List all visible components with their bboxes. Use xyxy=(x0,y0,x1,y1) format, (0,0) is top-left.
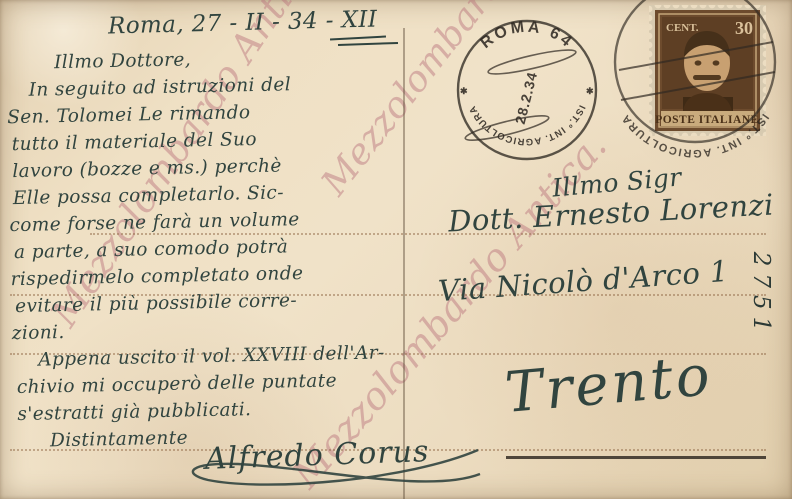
message-body: Illmo Dottore, In seguito ad istruzioni … xyxy=(6,42,412,455)
signature-flourish xyxy=(178,440,498,499)
address-city: Trento xyxy=(503,343,715,426)
address-underline xyxy=(506,456,766,459)
svg-text:IST.º INT. AGRICOLTURA: IST.º INT. AGRICOLTURA xyxy=(619,111,771,159)
postcard-back: Mezzolombardo Antica. Mezzolombardo Anti… xyxy=(0,0,792,499)
address-name: Dott. Ernesto Lorenzi xyxy=(447,187,774,238)
filing-number: 2751 xyxy=(748,240,774,350)
svg-text:ROMA 64: ROMA 64 xyxy=(477,19,576,53)
postmark-roma64: ROMA 64 IST.º INT. AGRICOLTURA ✱ ✱ 28.2.… xyxy=(447,10,607,170)
postmark-city-text: ROMA 64 xyxy=(477,19,576,53)
postmark-star: ✱ xyxy=(586,86,594,96)
date-underline-stroke xyxy=(330,36,386,41)
address-street: Via Nicolò d'Arco 1 xyxy=(437,254,730,308)
handwritten-date: Roma, 27 - II - 34 - XII xyxy=(108,6,378,39)
postmark-star: ✱ xyxy=(460,86,468,96)
postmark-institute-text: IST.º INT. AGRICOLTURA xyxy=(619,111,771,159)
postmark-on-stamp: IST.º INT. AGRICOLTURA xyxy=(605,0,792,162)
postmark-date: 28.2.34 xyxy=(512,70,541,126)
